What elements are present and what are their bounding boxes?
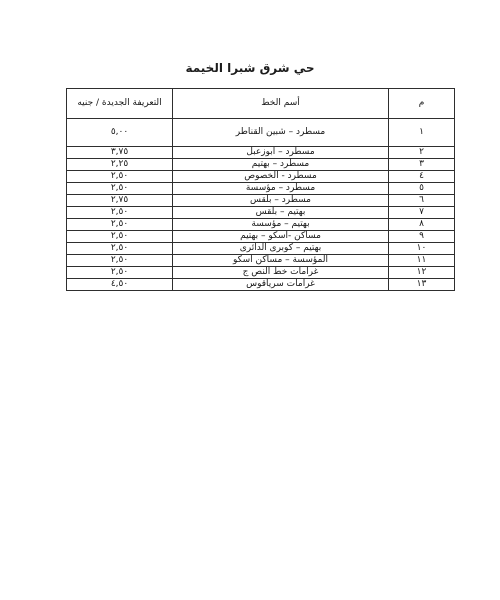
cell-tariff: ٢,٥٠ <box>67 243 173 255</box>
table-row: ٣مسطرد – بهتيم٢,٢٥ <box>67 159 455 171</box>
cell-tariff: ٢,٥٠ <box>67 255 173 267</box>
header-cell-tariff: التعريفة الجديدة / جنيه <box>67 89 173 119</box>
page-title: حي شرق شبرا الخيمة <box>0 61 500 75</box>
cell-line-name: مسطرد – بلقس <box>173 195 389 207</box>
cell-index: ٦ <box>389 195 455 207</box>
cell-tariff: ٢,٥٠ <box>67 171 173 183</box>
cell-line-name: غرامات خط النص ج <box>173 267 389 279</box>
table-row: ١٢غرامات خط النص ج٢,٥٠ <box>67 267 455 279</box>
fare-table-body: ١مسطرد – شبين القناطر٥,٠٠٢مسطرد – أبوزعب… <box>67 119 455 291</box>
header-cell-line-name: أسم الخط <box>173 89 389 119</box>
cell-tariff: ٢,٥٠ <box>67 231 173 243</box>
cell-tariff: ٢,٧٥ <box>67 195 173 207</box>
cell-index: ٨ <box>389 219 455 231</box>
cell-tariff: ٢,٥٠ <box>67 219 173 231</box>
table-row: ١٠بهتيم – كوبرى الدائرى٢,٥٠ <box>67 243 455 255</box>
cell-index: ٣ <box>389 159 455 171</box>
cell-index: ٢ <box>389 147 455 159</box>
cell-line-name: مسطرد – مؤسسة <box>173 183 389 195</box>
table-row: ١مسطرد – شبين القناطر٥,٠٠ <box>67 119 455 147</box>
cell-index: ١٢ <box>389 267 455 279</box>
cell-index: ٧ <box>389 207 455 219</box>
table-row: ٢مسطرد – أبوزعبل٣,٧٥ <box>67 147 455 159</box>
cell-tariff: ٢,٥٠ <box>67 207 173 219</box>
cell-index: ١ <box>389 119 455 147</box>
cell-line-name: المؤسسة – مساكن آسكو <box>173 255 389 267</box>
cell-tariff: ٢,٥٠ <box>67 183 173 195</box>
header-cell-index: م <box>389 89 455 119</box>
table-row: ٦مسطرد – بلقس٢,٧٥ <box>67 195 455 207</box>
cell-index: ٤ <box>389 171 455 183</box>
cell-tariff: ٣,٧٥ <box>67 147 173 159</box>
cell-tariff: ٢,٢٥ <box>67 159 173 171</box>
cell-index: ١٠ <box>389 243 455 255</box>
table-row: ١٣غرامات سرياقوس٤,٥٠ <box>67 279 455 291</box>
cell-index: ١٣ <box>389 279 455 291</box>
cell-line-name: غرامات سرياقوس <box>173 279 389 291</box>
cell-line-name: مسطرد - الخصوص <box>173 171 389 183</box>
table-row: ٩مساكن -أسكو – بهتيم٢,٥٠ <box>67 231 455 243</box>
document-page: حي شرق شبرا الخيمة م أسم الخط التعريفة ا… <box>0 0 500 600</box>
table-header-row: م أسم الخط التعريفة الجديدة / جنيه <box>67 89 455 119</box>
cell-line-name: مسطرد – شبين القناطر <box>173 119 389 147</box>
cell-index: ٩ <box>389 231 455 243</box>
table-row: ٤مسطرد - الخصوص٢,٥٠ <box>67 171 455 183</box>
cell-line-name: بهتيم – بلقس <box>173 207 389 219</box>
table-row: ١١المؤسسة – مساكن آسكو٢,٥٠ <box>67 255 455 267</box>
table-row: ٨بهتيم – مؤسسة٢,٥٠ <box>67 219 455 231</box>
cell-index: ٥ <box>389 183 455 195</box>
fare-table: م أسم الخط التعريفة الجديدة / جنيه ١مسطر… <box>66 88 455 291</box>
cell-line-name: مسطرد – أبوزعبل <box>173 147 389 159</box>
cell-line-name: مسطرد – بهتيم <box>173 159 389 171</box>
table-row: ٥مسطرد – مؤسسة٢,٥٠ <box>67 183 455 195</box>
cell-tariff: ٥,٠٠ <box>67 119 173 147</box>
cell-line-name: بهتيم – كوبرى الدائرى <box>173 243 389 255</box>
cell-tariff: ٢,٥٠ <box>67 267 173 279</box>
table-row: ٧بهتيم – بلقس٢,٥٠ <box>67 207 455 219</box>
cell-line-name: مساكن -أسكو – بهتيم <box>173 231 389 243</box>
cell-index: ١١ <box>389 255 455 267</box>
cell-tariff: ٤,٥٠ <box>67 279 173 291</box>
cell-line-name: بهتيم – مؤسسة <box>173 219 389 231</box>
